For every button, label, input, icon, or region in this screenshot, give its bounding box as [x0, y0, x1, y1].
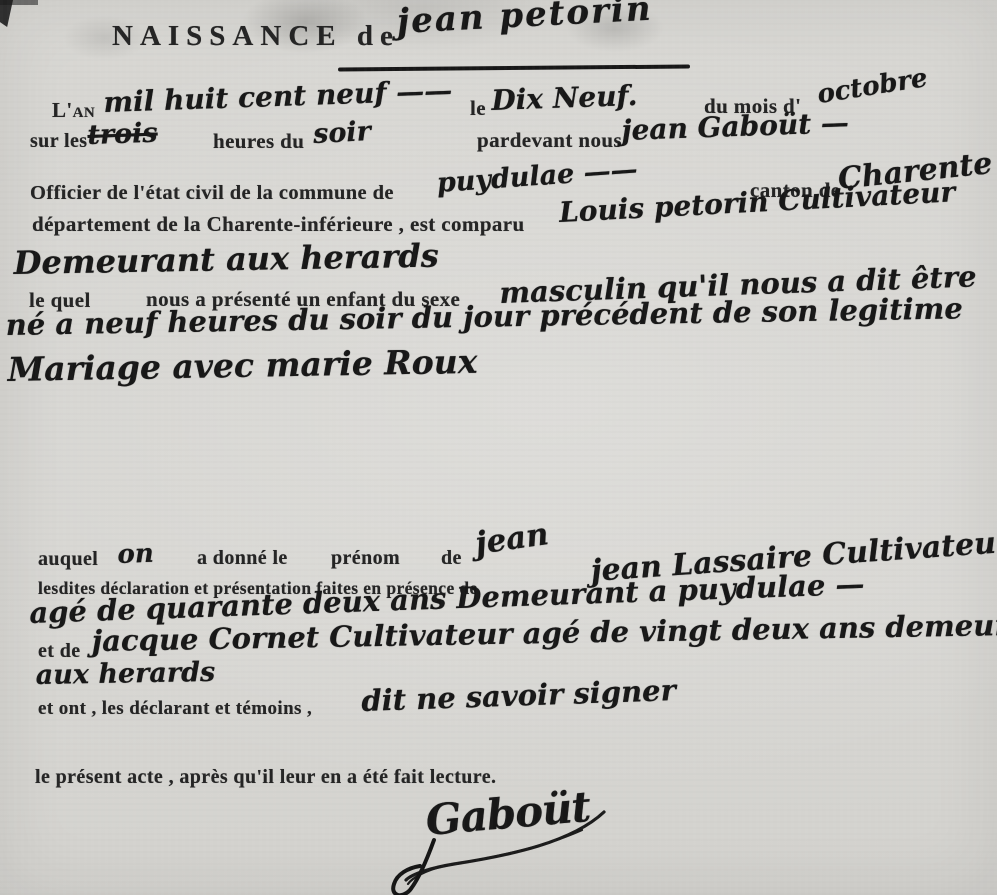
hand-commune: puydulae —— [436, 154, 639, 199]
label-prenom: prénom [331, 547, 400, 570]
title-printed: NAISSANCE de [112, 20, 400, 53]
hand-mariage: Mariage avec marie Roux [7, 342, 477, 389]
label-de: de [441, 547, 462, 570]
label-a-donne-le: a donné le [197, 547, 288, 570]
label-auquel: auquel [38, 548, 98, 571]
label-heures-du: heures du [213, 129, 304, 154]
label-officier-commune: Officier de l'état civil de la commune d… [30, 182, 394, 205]
hand-prenom: jean [473, 516, 551, 562]
hand-officer-name: jean Gaboüt — [621, 106, 850, 147]
label-departement: département de la Charente-inférieure , … [32, 212, 525, 237]
hand-day: Dix Neuf. [491, 79, 638, 117]
hand-ne-savoir-signer: dit ne savoir signer [361, 673, 677, 718]
title-underline [338, 64, 690, 71]
hand-on: on [117, 539, 154, 570]
hand-witness2-residence: aux herards [35, 657, 215, 691]
label-present-acte: le présent acte , après qu'il leur en a … [35, 766, 496, 789]
hand-hour-struck: trois [87, 118, 158, 151]
title-name-handwritten: jean petorin [396, 0, 654, 42]
hand-month: octobre [815, 63, 929, 110]
birth-record-scan: NAISSANCE de jean petorin L'an mil huit … [0, 0, 997, 895]
hand-year: mil huit cent neuf —— [103, 74, 453, 119]
label-pardevant-nous: pardevant nous [477, 128, 622, 153]
hand-soir: soir [312, 116, 371, 150]
signature-flourish [382, 800, 632, 895]
label-le: le [470, 96, 486, 121]
scan-edge-mark [0, 0, 38, 5]
label-et-ont: et ont , les déclarant et témoins , [38, 698, 312, 720]
label-sur-les: sur les [30, 130, 87, 153]
hand-residence: Demeurant aux herards [13, 237, 439, 282]
